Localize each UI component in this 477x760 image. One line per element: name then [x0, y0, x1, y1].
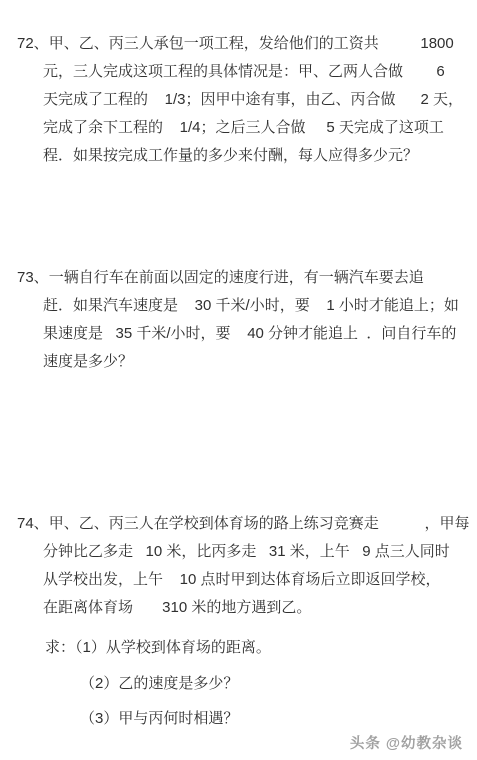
problem-72: 72、甲、乙、丙三人承包一项工程，发给他们的工资共 1800 元，三人完成这项工… [17, 30, 469, 170]
problem-74-question-3: （3）甲与丙何时相遇？ [80, 705, 238, 733]
problem-74-question-2: （2）乙的速度是多少？ [80, 670, 238, 698]
problem-74-text-1: 甲、乙、丙三人在学校到体育场的路上练习竞赛走 ，甲每 [49, 515, 470, 532]
problem-72-line-4: 完成了余下工程的 1/4；之后三人合做 5 天完成了这项工 [17, 114, 469, 142]
problem-73-text-1: 一辆自行车在前面以固定的速度行进，有一辆汽车要去追 [49, 269, 424, 286]
problem-74-line-4: 在距离体育场 310 米的地方遇到乙。 [17, 594, 469, 622]
worksheet-page: { "page": { "background": "#ffffff", "te… [0, 0, 477, 760]
problem-73-line-2: 赶．如果汽车速度是 30 千米/小时，要 1 小时才能追上；如 [17, 292, 469, 320]
problem-72-line-1: 72、甲、乙、丙三人承包一项工程，发给他们的工资共 1800 [17, 30, 469, 58]
problem-72-text-1: 甲、乙、丙三人承包一项工程，发给他们的工资共 1800 [49, 35, 454, 52]
watermark-toutiao: 头条 @幼教杂谈 [350, 732, 463, 753]
problem-73: 73、一辆自行车在前面以固定的速度行进，有一辆汽车要去追 赶．如果汽车速度是 3… [17, 264, 469, 376]
problem-74-line-2: 分钟比乙多走 10 米，比丙多走 31 米，上午 9 点三人同时 [17, 538, 469, 566]
problem-74-question-1-line: 求：（1）从学校到体育场的距离。 [45, 634, 271, 662]
problem-72-number: 72、 [17, 35, 49, 52]
problem-74-number: 74、 [17, 515, 49, 532]
problem-74-line-3: 从学校出发，上午 10 点时甲到达体育场后立即返回学校， [17, 566, 469, 594]
problem-73-number: 73、 [17, 269, 49, 286]
problem-72-line-3: 天完成了工程的 1/3；因甲中途有事，由乙、丙合做 2 天， [17, 86, 469, 114]
problem-73-line-1: 73、一辆自行车在前面以固定的速度行进，有一辆汽车要去追 [17, 264, 469, 292]
problem-73-line-4: 速度是多少？ [17, 348, 469, 376]
problem-74-ask-prefix: 求： [45, 639, 75, 656]
problem-72-line-2: 元，三人完成这项工程的具体情况是：甲、乙两人合做 6 [17, 58, 469, 86]
problem-72-line-5: 程．如果按完成工作量的多少来付酬，每人应得多少元？ [17, 142, 469, 170]
problem-73-line-3: 果速度是 35 千米/小时，要 40 分钟才能追上 ．问自行车的 [17, 320, 469, 348]
problem-74-question-1: （1）从学校到体育场的距离。 [75, 639, 271, 656]
problem-74: 74、甲、乙、丙三人在学校到体育场的路上练习竞赛走 ，甲每 分钟比乙多走 10 … [17, 510, 469, 622]
problem-74-line-1: 74、甲、乙、丙三人在学校到体育场的路上练习竞赛走 ，甲每 [17, 510, 469, 538]
